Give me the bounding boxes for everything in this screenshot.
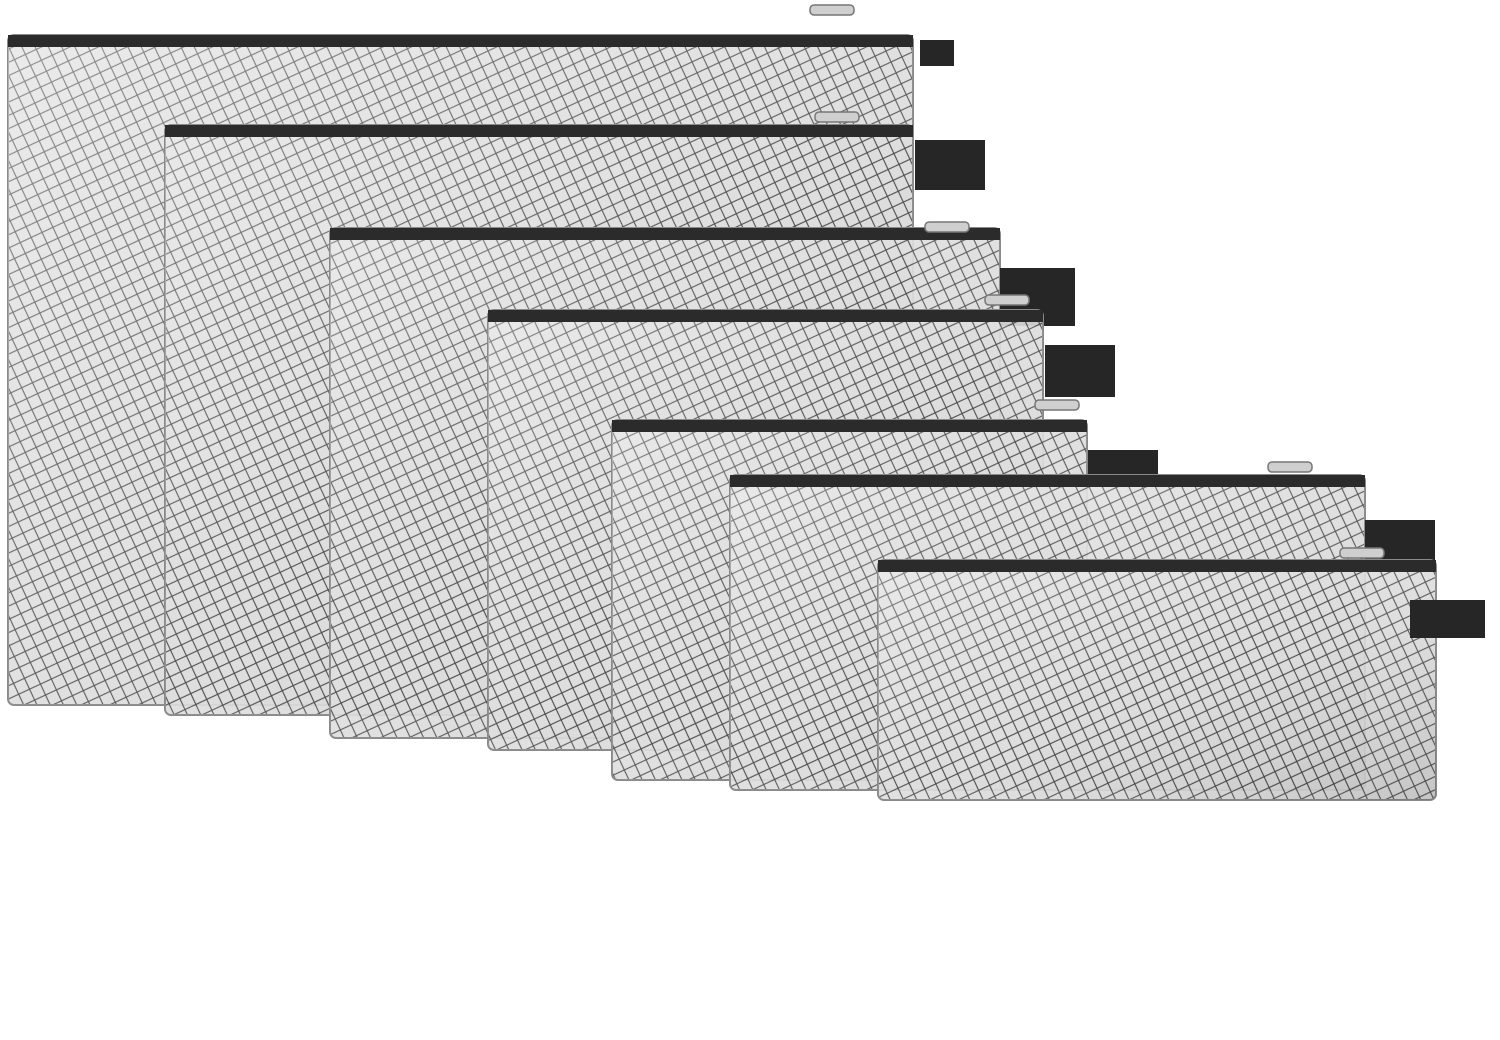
pull-tab	[1410, 600, 1485, 638]
zipper-tape	[612, 420, 1087, 432]
zipper-pull	[1340, 548, 1384, 558]
zipper-pull	[985, 295, 1029, 305]
pull-tab	[920, 40, 954, 66]
zipper-tape	[878, 560, 1436, 572]
pull-tab	[915, 140, 985, 190]
zipper-pull	[1268, 462, 1312, 472]
zipper-tape	[730, 475, 1365, 487]
zipper-pull	[815, 112, 859, 122]
zipper-tape	[330, 228, 1000, 240]
pouch-7	[878, 548, 1485, 800]
zipper-tape	[488, 310, 1043, 322]
zipper-pull	[1035, 400, 1079, 410]
pull-tab	[1045, 345, 1115, 397]
zipper-pull	[810, 5, 854, 15]
zipper-pull	[925, 222, 969, 232]
zipper-tape	[8, 35, 913, 47]
zipper-tape	[165, 125, 913, 137]
product-photo	[0, 0, 1500, 1040]
